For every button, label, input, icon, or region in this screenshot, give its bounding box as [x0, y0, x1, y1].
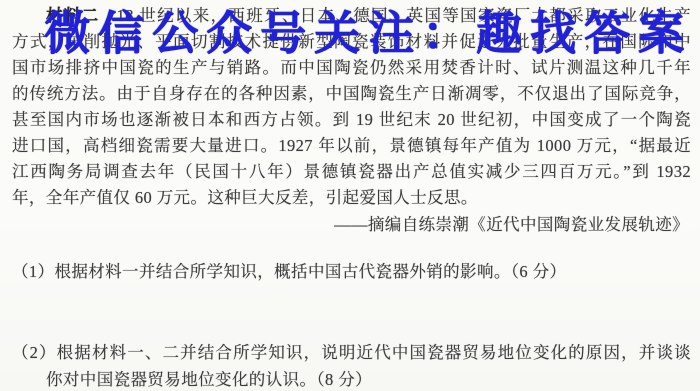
answer-space-1	[12, 238, 691, 258]
answer-space-2	[12, 286, 691, 338]
material-line: 进口国，高档细瓷需要大量进口。1927 年以前，景德镇每年产值为 1000 万元…	[12, 133, 691, 159]
source-attribution: ——摘编自练崇潮《近代中国陶瓷业发展轨迹》	[12, 211, 691, 238]
question-1: （1）根据材料一并结合所学知识，概括中国古代瓷器外销的影响。（6 分）	[12, 258, 691, 285]
question-1-text: （1）根据材料一并结合所学知识，概括中国古代瓷器外销的影响。（6 分）	[12, 258, 691, 285]
material-line: 年，全年产值仅 60 万元。这种巨大反差，引起爱国人士反思。	[12, 185, 691, 211]
material-line: 甚至国内市场也逐渐被日本和西方占领。到 19 世纪末 20 世纪初，中国变成了一…	[12, 107, 691, 133]
material-line: 江西陶务局调查去年（民国十八年）景德镇瓷器出产总值实减少三四百万元。”到 193…	[12, 159, 691, 185]
wechat-watermark-overlay: 微信公众号关注：趣找答案	[44, 10, 692, 58]
question-2-line-2: 你对中国瓷器贸易地位变化的认识。（8 分）	[12, 366, 691, 391]
material-line: 的传统方法。由于自身存在的各种因素，中国陶瓷生产日渐凋零，不仅退出了国际竞争，	[12, 81, 691, 107]
question-2: （2）根据材料一、二并结合所学知识，说明近代中国瓷器贸易地位变化的原因，并谈谈 …	[12, 339, 691, 391]
question-2-line-1: （2）根据材料一、二并结合所学知识，说明近代中国瓷器贸易地位变化的原因，并谈谈	[12, 339, 691, 366]
